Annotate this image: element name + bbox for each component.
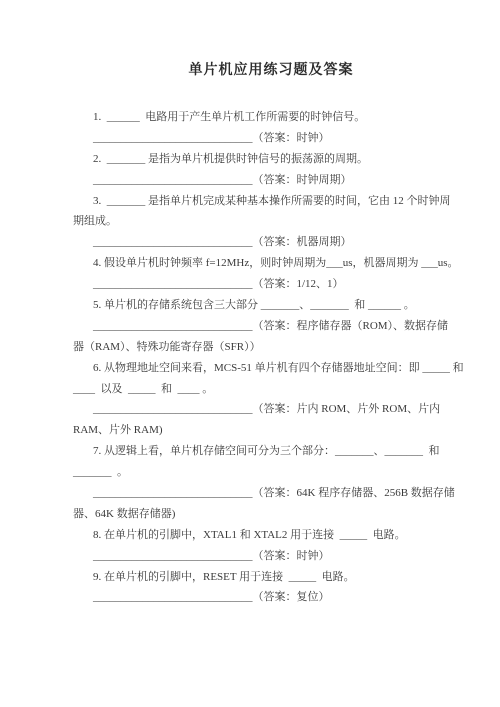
doc-line-q: 1. ______ 电路用于产生单片机工作所需要的时钟信号。	[73, 107, 493, 128]
doc-line-ans: _____________________________（答案：1/12、1）	[73, 274, 493, 295]
doc-line-cont: 器（RAM）、特殊功能寄存器（SFR））	[73, 337, 493, 358]
doc-line-q: 5. 单片机的存储系统包含三大部分 _______、_______ 和 ____…	[73, 295, 493, 316]
document-body: 1. ______ 电路用于产生单片机工作所需要的时钟信号。__________…	[73, 107, 493, 608]
doc-line-ans: _____________________________（答案：时钟）	[73, 128, 493, 149]
doc-line-q: 7. 从逻辑上看，单片机存储空间可分为三个部分：_______、_______ …	[73, 441, 493, 462]
doc-line-ans: _____________________________（答案：程序储存器（R…	[73, 316, 493, 337]
doc-line-cont: 期组成。	[73, 211, 493, 232]
doc-line-ans: _____________________________（答案：64K 程序存…	[73, 483, 493, 504]
doc-line-q: 8. 在单片机的引脚中，XTAL1 和 XTAL2 用于连接 _____ 电路。	[73, 525, 493, 546]
doc-line-cont: ____ 以及 _____ 和 ____ 。	[73, 379, 493, 400]
doc-line-cont: 器、64K 数据存储器)	[73, 504, 493, 525]
doc-line-ans: _____________________________（答案：时钟）	[73, 546, 493, 567]
doc-line-ans: _____________________________（答案：机器周期）	[73, 232, 493, 253]
doc-line-ans: _____________________________（答案：时钟周期）	[73, 170, 493, 191]
doc-line-q: 2. _______ 是指为单片机提供时钟信号的振荡源的周期。	[73, 149, 493, 170]
document-title: 单片机应用练习题及答案	[73, 61, 469, 81]
doc-line-ans: _____________________________（答案：片内 ROM、…	[73, 399, 493, 420]
doc-line-cont: _______ 。	[73, 462, 493, 483]
doc-line-q: 3. _______ 是指单片机完成某种基本操作所需要的时间，它由 12 个时钟…	[73, 191, 493, 212]
doc-line-q: 4. 假设单片机时钟频率 f=12MHz，则时钟周期为___us，机器周期为 _…	[73, 253, 493, 274]
doc-line-cont: RAM、片外 RAM)	[73, 420, 493, 441]
document-page: 单片机应用练习题及答案 1. ______ 电路用于产生单片机工作所需要的时钟信…	[0, 0, 500, 707]
doc-line-q: 6. 从物理地址空间来看，MCS-51 单片机有四个存储器地址空间：即 ____…	[73, 358, 493, 379]
doc-line-ans: _____________________________（答案：复位）	[73, 587, 493, 608]
doc-line-q: 9. 在单片机的引脚中，RESET 用于连接 _____ 电路。	[73, 567, 493, 588]
